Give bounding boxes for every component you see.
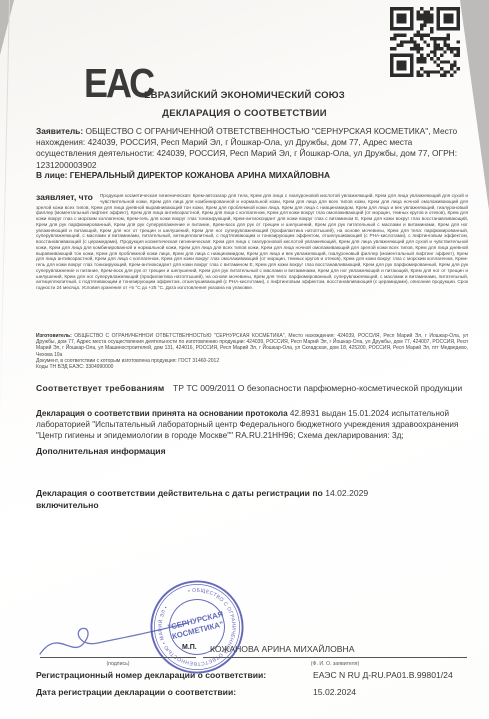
person-section: В лице: ГЕНЕРАЛЬНЫЙ ДИРЕКТОР КОЖАНОВА АР… [36,170,468,181]
customs-codes-line: Коды ТН ВЭД ЕАЭС: 3304990000 [36,364,468,370]
validity-section: Декларация о соответствии действительна … [36,488,468,511]
declaration-statement: заявляет, что Продукция косметическая ги… [36,193,468,332]
stamp-place-label: М.П. [182,644,197,651]
name-caption: (Ф. И. О. заявителя) [203,661,467,667]
registration-date-label: Дата регистрации декларации о соответств… [36,687,236,697]
manufacturer-section: Изготовитель: ОБЩЕСТВО С ОГРАНИЧЕННОЙ ОТ… [36,333,468,379]
applicant-text: ОБЩЕСТВО С ОГРАНИЧЕННОЙ ОТВЕТСТВЕННОСТЬЮ… [36,126,457,170]
basis-section: Декларация о соответствии принята на осн… [36,409,468,441]
compliance-section: Соответствует требованиям ТР ТС 009/2011… [36,383,468,395]
product-list-text: Продукция косметическая гигиеническая: К… [36,193,468,290]
applicant-section: Заявитель: ОБЩЕСТВО С ОГРАНИЧЕННОЙ ОТВЕТ… [36,126,468,171]
declares-label: заявляет, что [36,193,93,202]
compliance-text: ТР ТС 009/2011 О безопасности парфюмерно… [173,383,462,393]
compliance-label: Соответствует требованиям [36,383,165,393]
union-title: ЕВРАЗИЙСКИЙ ЭКОНОМИЧЕСКИЙ СОЮЗ [60,90,429,101]
name-line [203,657,467,658]
signature-line [40,657,196,658]
document-header: ЕВРАЗИЙСКИЙ ЭКОНОМИЧЕСКИЙ СОЮЗ ДЕКЛАРАЦИ… [60,90,429,119]
additional-info-label: Дополнительная информация [36,446,468,457]
registration-date-value: 15.02.2024 [313,687,356,697]
applicant-label: Заявитель: [36,126,83,136]
signer-name: КОЖАНОВА АРИНА МИХАЙЛОВНА [210,644,470,654]
registration-number-label: Регистрационный номер декларации о соотв… [36,670,266,680]
qr-code-icon [390,6,460,78]
manufacturer-text: ОБЩЕСТВО С ОГРАНИЧЕННОЙ ОТВЕТСТВЕННОСТЬЮ… [36,333,468,358]
registration-number-value: ЕАЭС N RU Д-RU.РА01.B.99801/24 [313,670,453,680]
person-text: ГЕНЕРАЛЬНЫЙ ДИРЕКТОР КОЖАНОВА АРИНА МИХА… [70,170,330,180]
validity-suffix: включительно [36,500,468,512]
validity-label: Декларация о соответствии действительна … [36,488,323,498]
person-label: В лице: [36,170,67,180]
signature-caption: (подпись) [40,661,196,667]
scanned-declaration-document: { "colors": { "backdrop": "#bdbbb9", "pa… [0,0,489,719]
page-title: ДЕКЛАРАЦИЯ О СООТВЕТСТВИИ [60,108,429,119]
basis-label: Декларация о соответствии принята на осн… [36,409,288,418]
validity-date: 14.02.2029 [325,488,368,498]
